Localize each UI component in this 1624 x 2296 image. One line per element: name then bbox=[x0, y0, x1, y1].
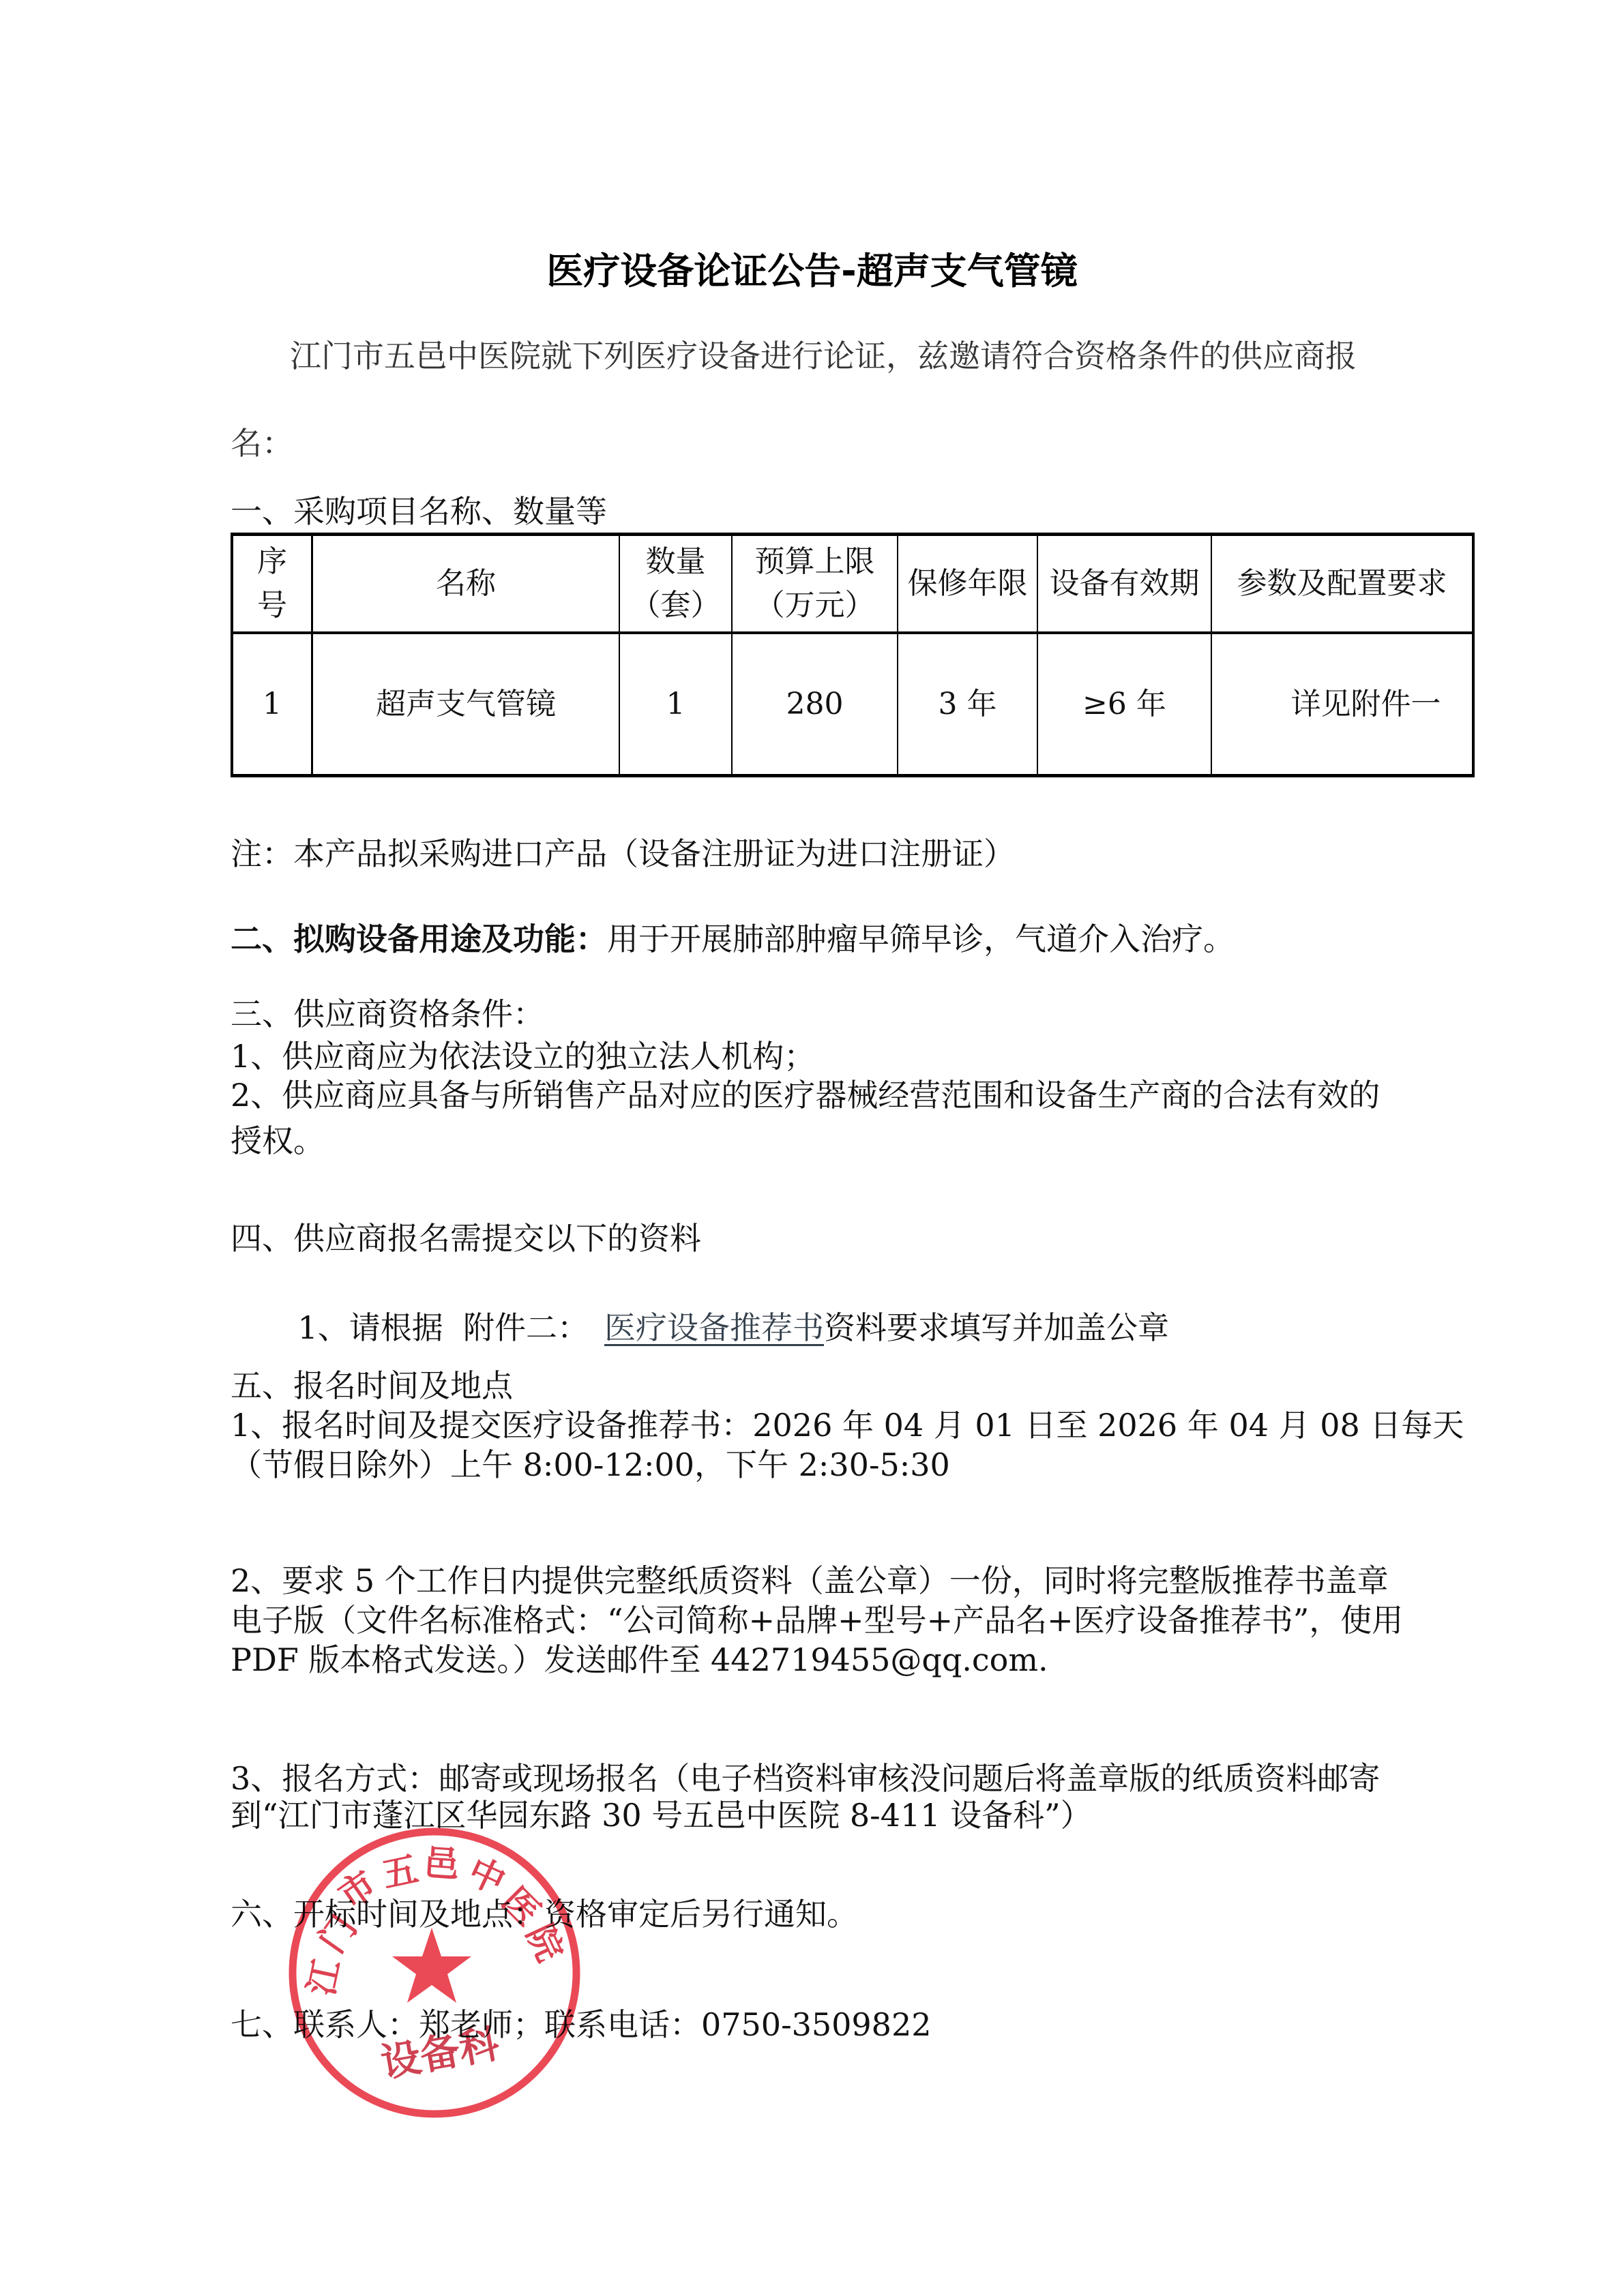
header-text: （万元） bbox=[755, 584, 875, 627]
table-cell-quantity: 1 bbox=[620, 634, 731, 774]
table-header-spec: 参数及配置要求 bbox=[1212, 536, 1472, 631]
table-header-name: 名称 bbox=[313, 536, 619, 631]
header-text: 保修年限 bbox=[908, 562, 1028, 606]
section-5-item-2-email-line: PDF 版本格式发送。）发送邮件至 442719455@qq.com. bbox=[231, 1639, 1048, 1680]
table-cell-warranty: 3 年 bbox=[898, 634, 1037, 774]
section-7-contact: 七、联系人：郑老师；联系电话：0750-3509822 bbox=[231, 2004, 931, 2045]
table-cell-budget: 280 bbox=[733, 634, 897, 774]
document-page: 医疗设备论证公告-超声支气管镜 江门市五邑中医院就下列医疗设备进行论证，兹邀请符… bbox=[0, 0, 1624, 2296]
table-cell-spec: 详见附件一 bbox=[1212, 634, 1472, 774]
section-4-item-1-suffix: 资料要求填写并加盖公章 bbox=[824, 1309, 1169, 1346]
section-5-item-1: 1、报名时间及提交医疗设备推荐书：2026 年 04 月 01 日至 2026 … bbox=[231, 1405, 1464, 1446]
section-4-item-1-prefix: 1、请根据 附件二： bbox=[298, 1309, 589, 1346]
section-5-item-1-continued: （节假日除外）上午 8:00-12:00，下午 2:30-5:30 bbox=[231, 1444, 950, 1485]
page-title: 医疗设备论证公告-超声支气管镜 bbox=[0, 250, 1624, 293]
section-4-heading: 四、供应商报名需提交以下的资料 bbox=[231, 1218, 701, 1259]
table-header-quantity: 数量 （套） bbox=[620, 536, 731, 631]
seal-ring bbox=[293, 1832, 576, 2114]
table-cell-validity: ≥6 年 bbox=[1038, 634, 1211, 774]
seal-char: 邑 bbox=[422, 1843, 460, 1885]
header-text: 序 bbox=[257, 540, 287, 584]
intro-text-continued: 名： bbox=[231, 423, 293, 464]
section-5-item-2: 2、要求 5 个工作日内提供完整纸质资料（盖公章）一份，同时将完整版推荐书盖章 bbox=[231, 1560, 1389, 1601]
section-2: 二、拟购设备用途及功能：用于开展肺部肿瘤早筛早诊，气道介入治疗。 bbox=[231, 919, 1235, 959]
section-6: 六、开标时间及地点：资格审定后另行通知。 bbox=[231, 1894, 858, 1935]
section-5-item-3-continued: 到“江门市蓬江区华园东路 30 号五邑中医院 8-411 设备科”） bbox=[231, 1795, 1092, 1836]
table-border-right bbox=[1472, 533, 1475, 777]
header-text: 预算上限 bbox=[755, 540, 875, 584]
star-icon bbox=[392, 1928, 471, 2003]
section-3-item-1: 1、供应商应为依法设立的独立法人机构； bbox=[231, 1036, 815, 1077]
table-header-index: 序 号 bbox=[233, 536, 311, 631]
header-text: 名称 bbox=[436, 562, 496, 606]
section-3-item-2-continued: 授权。 bbox=[231, 1120, 325, 1161]
section-2-text: 用于开展肺部肿瘤早筛早诊，气道介入治疗。 bbox=[607, 921, 1235, 957]
section-3-item-2: 2、供应商应具备与所销售产品对应的医疗器械经营范围和设备生产商的合法有效的 bbox=[231, 1075, 1380, 1116]
header-text: 数量 bbox=[646, 540, 706, 584]
section-3-heading: 三、供应商资格条件： bbox=[231, 994, 544, 1034]
table-header-warranty: 保修年限 bbox=[898, 536, 1037, 631]
table-header-budget: 预算上限 （万元） bbox=[733, 536, 897, 631]
section-5-item-2-continued: 电子版（文件名标准格式：“公司简称+品牌+型号+产品名+医疗设备推荐书”，使用 bbox=[231, 1600, 1403, 1641]
table-cell-name: 超声支气管镜 bbox=[313, 634, 619, 774]
header-text: （套） bbox=[631, 584, 721, 627]
official-seal: 江 门 市 五 邑 中 医 院 设备科 bbox=[285, 1825, 585, 2121]
recommendation-form-link[interactable]: 医疗设备推荐书 bbox=[604, 1309, 824, 1346]
section-2-label: 二、拟购设备用途及功能： bbox=[231, 921, 607, 957]
section-1-heading: 一、采购项目名称、数量等 bbox=[231, 491, 607, 532]
section-4-item-1: 1、请根据 附件二： 医疗设备推荐书资料要求填写并加盖公章 bbox=[258, 1266, 1169, 1307]
section-5-item-3: 3、报名方式：邮寄或现场报名（电子档资料审核没问题后将盖章版的纸质资料邮寄 bbox=[231, 1758, 1380, 1799]
intro-text: 江门市五邑中医院就下列医疗设备进行论证，兹邀请符合资格条件的供应商报 bbox=[290, 336, 1357, 376]
header-text: 参数及配置要求 bbox=[1237, 562, 1447, 606]
import-note: 注：本产品拟采购进口产品（设备注册证为进口注册证） bbox=[231, 833, 1015, 874]
table-border-bottom bbox=[231, 774, 1475, 777]
procurement-table: 序 号 名称 数量 （套） 预算上限 （万元） 保修年限 设备有效期 参数及配置… bbox=[231, 533, 1475, 777]
seal-char: 五 bbox=[379, 1849, 422, 1896]
header-text: 号 bbox=[257, 584, 287, 627]
header-text: 设备有效期 bbox=[1050, 562, 1200, 606]
seal-char: 江 bbox=[301, 1956, 349, 1999]
table-cell-index: 1 bbox=[233, 634, 311, 774]
section-5-heading: 五、报名时间及地点 bbox=[231, 1365, 513, 1406]
table-header-validity: 设备有效期 bbox=[1038, 536, 1211, 631]
